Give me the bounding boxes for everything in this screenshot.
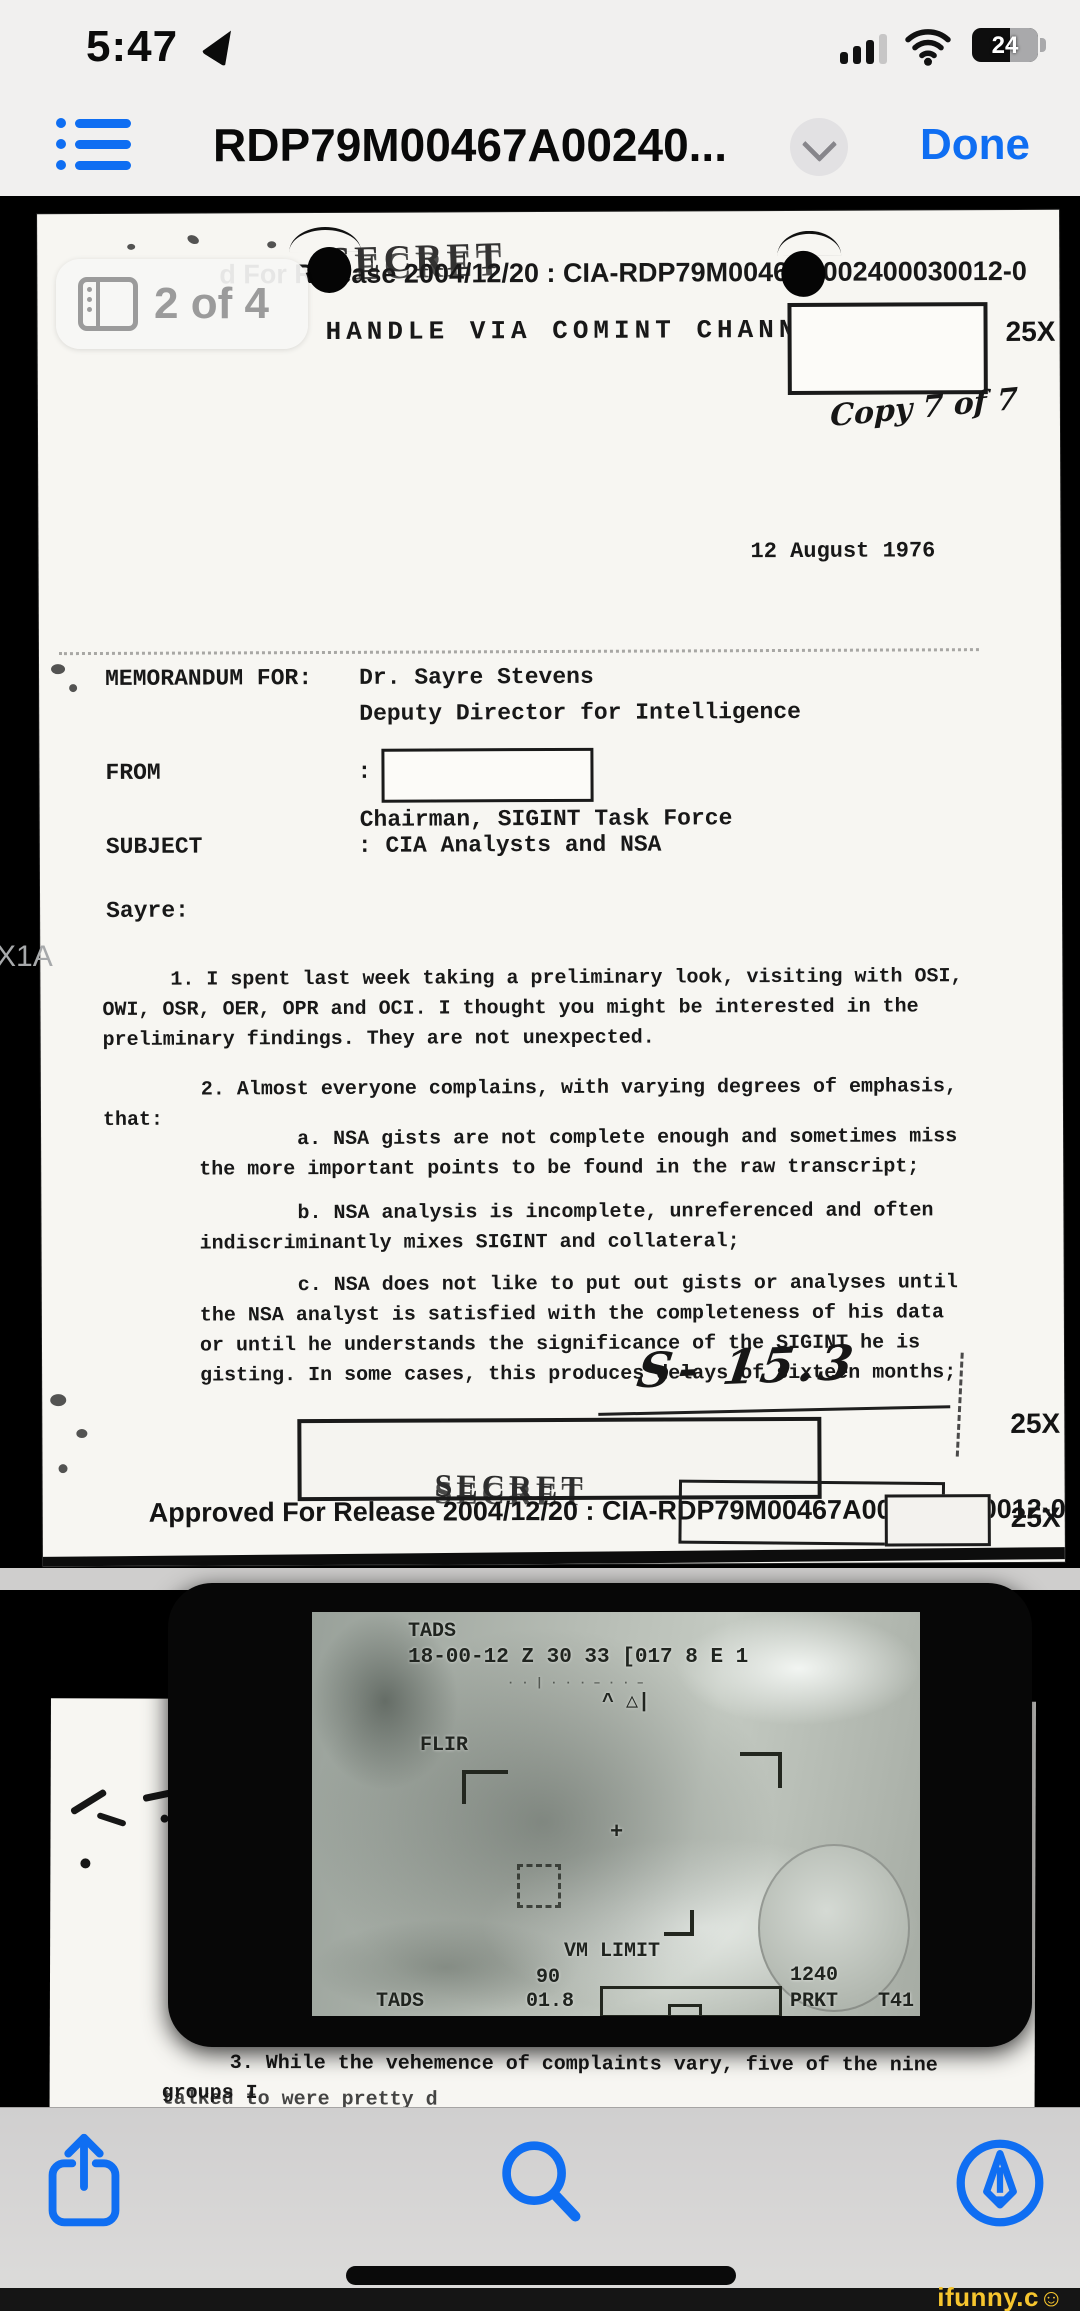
search-button[interactable]	[492, 2128, 592, 2238]
ink-speck	[127, 244, 135, 250]
hud-t41-label: T41	[878, 1990, 914, 2013]
bottom-letterbox: ifunny.c☺	[0, 2288, 1080, 2311]
25x-marking-mid: 25X	[1010, 1408, 1060, 1440]
ifunny-watermark: ifunny.c☺	[937, 2282, 1064, 2311]
battery-icon: 24	[972, 28, 1038, 62]
hud-prkt-label: PRKT	[790, 1990, 838, 2013]
ink-speck	[50, 1394, 66, 1406]
ink-speck	[59, 1464, 68, 1473]
hud-target-box	[517, 1864, 561, 1908]
thumbnail-list-button[interactable]	[56, 118, 152, 180]
ink-speck	[51, 664, 65, 674]
location-arrow-icon	[201, 23, 243, 67]
memo-for-title: Deputy Director for Intelligence	[359, 699, 801, 727]
top-chrome: 5:47 24 RDP79M00467A00240... Done	[0, 0, 1080, 198]
25x-marking-top: 25X	[1006, 316, 1056, 348]
ink-speck	[267, 241, 276, 248]
from-label: FROM	[105, 760, 160, 786]
hud-corner-bracket	[740, 1752, 782, 1788]
markup-pencil-icon	[952, 2128, 1048, 2238]
smiley-icon: ☺	[1039, 2285, 1064, 2311]
battery-nub	[1040, 38, 1046, 52]
ink-speck	[76, 1429, 87, 1438]
hud-bottom-inner-box	[668, 2004, 702, 2016]
hud-top-label: TADS	[408, 1620, 456, 1643]
ink-speck	[186, 233, 200, 245]
salutation: Sayre:	[106, 898, 189, 924]
paragraph-b: b. NSA analysis is incomplete, unreferen…	[199, 1196, 971, 1259]
redaction-box-from	[381, 748, 593, 803]
hand-drawn-box-inner	[885, 1494, 991, 1546]
hud-crosshair: +	[610, 1820, 623, 1845]
video-frame: TADS 18-00-12 Z 30 33 [017 8 E 1 · · | ·…	[312, 1612, 920, 2016]
document-title: RDP79M00467A00240...	[160, 118, 780, 172]
hud-tads-label: TADS	[376, 1990, 424, 2013]
ink-speck	[69, 684, 77, 692]
pdf-scroll-area[interactable]: d For Release 2004/12/20 : CIA-RDP79M004…	[0, 196, 1080, 2290]
cellular-signal-icon	[840, 34, 887, 64]
share-button[interactable]	[36, 2128, 136, 2238]
subject-label: SUBJECT	[106, 834, 203, 860]
markup-button[interactable]	[952, 2128, 1052, 2238]
25x-marking-bottom: 25X	[1011, 1502, 1061, 1534]
redaction-box-top	[787, 302, 987, 395]
hud-corner-bracket	[462, 1770, 508, 1804]
from-title: Chairman, SIGINT Task Force	[360, 805, 733, 833]
pdf-page-1: d For Release 2004/12/20 : CIA-RDP79M004…	[37, 210, 1065, 1566]
chevron-down-icon	[802, 127, 837, 162]
paragraph-c: c. NSA does not like to put out gists or…	[200, 1268, 973, 1391]
title-menu-button[interactable]	[790, 118, 848, 176]
bottom-toolbar	[0, 2107, 1080, 2291]
hud-flir-label: FLIR	[420, 1734, 468, 1757]
home-indicator[interactable]	[346, 2266, 736, 2285]
memo-for-label: MEMORANDUM FOR:	[105, 665, 312, 692]
done-button[interactable]: Done	[920, 120, 1030, 170]
document-date: 12 August 1976	[750, 538, 935, 564]
battery-percent: 24	[972, 32, 1038, 60]
handwritten-underline	[598, 1405, 950, 1416]
iphone-screen: 5:47 24 RDP79M00467A00240... Done d For	[0, 0, 1080, 2311]
share-icon	[36, 2128, 132, 2238]
hud-corner-bracket	[664, 1910, 694, 1936]
wifi-icon	[902, 26, 954, 66]
search-icon	[492, 2128, 588, 2238]
subject-value: : CIA Analysts and NSA	[358, 832, 662, 859]
page-thumbnail-icon	[78, 277, 138, 331]
paragraph-1: 1. I spent last week taking a preliminar…	[102, 962, 986, 1056]
paragraph-a: a. NSA gists are not complete enough and…	[199, 1122, 971, 1185]
hole-punch-mark	[781, 251, 825, 297]
hud-top-line: 18-00-12 Z 30 33 [017 8 E 1	[408, 1646, 748, 1669]
hud-val-018: 01.8	[526, 1990, 574, 2013]
from-colon: :	[357, 759, 371, 785]
page-indicator-label: 2 of 4	[154, 279, 269, 329]
hole-punch-mark	[307, 247, 351, 293]
handwritten-dash-bracket	[940, 1352, 964, 1457]
status-time: 5:47	[86, 22, 178, 72]
hud-val-1240: 1240	[790, 1964, 838, 1987]
hud-val-90: 90	[536, 1966, 560, 1989]
page-indicator-badge: 2 of 4	[56, 259, 308, 349]
hud-markers: ^ △|	[602, 1688, 650, 1714]
handwritten-s153: S- 15.3	[634, 1335, 861, 1400]
memo-for-name: Dr. Sayre Stevens	[359, 664, 594, 691]
scan-dust-line	[59, 648, 979, 655]
pip-video-player[interactable]: TADS 18-00-12 Z 30 33 [017 8 E 1 · · | ·…	[168, 1583, 1032, 2047]
margin-x1a-marking: X1A	[0, 940, 53, 974]
hud-vm-limit: VM LIMIT	[564, 1940, 660, 1963]
